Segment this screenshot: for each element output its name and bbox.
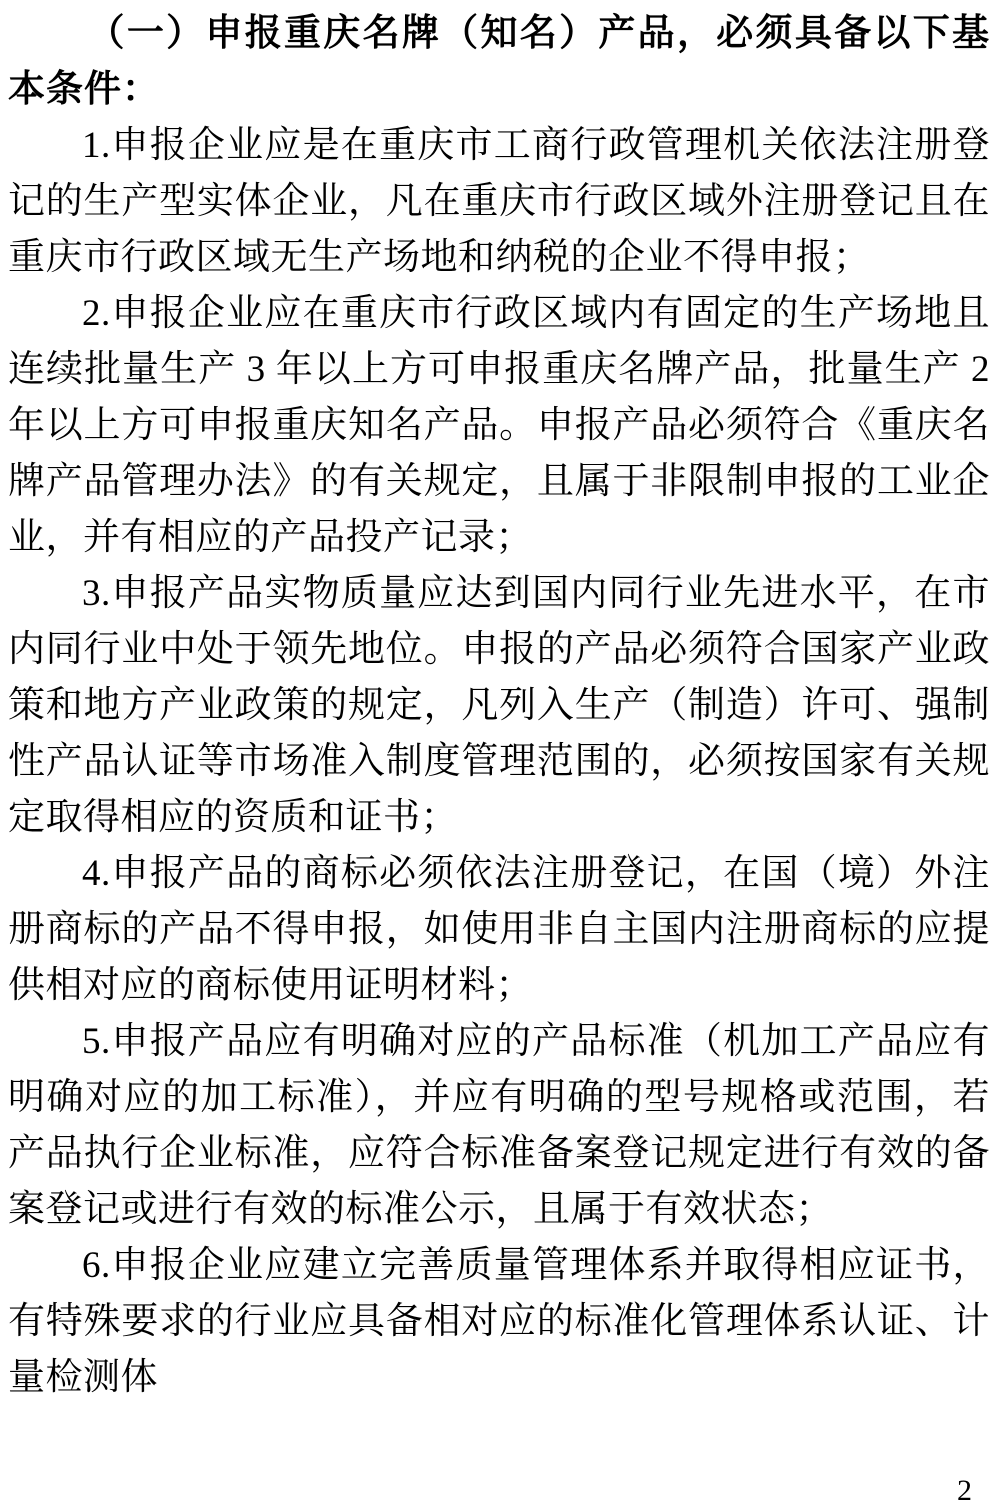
document-page: （一）申报重庆名牌（知名）产品，必须具备以下基本条件： 1.申报企业应是在重庆市… <box>0 0 1000 1512</box>
paragraph-condition-3: 3.申报产品实物质量应达到国内同行业先进水平，在市内同行业中处于领先地位。申报的… <box>8 566 990 846</box>
section-heading: （一）申报重庆名牌（知名）产品，必须具备以下基本条件： <box>8 6 990 118</box>
paragraph-condition-2: 2.申报企业应在重庆市行政区域内有固定的生产场地且连续批量生产 3 年以上方可申… <box>8 286 990 566</box>
paragraph-condition-6: 6.申报企业应建立完善质量管理体系并取得相应证书，有特殊要求的行业应具备相对应的… <box>8 1238 990 1406</box>
paragraph-condition-5: 5.申报产品应有明确对应的产品标准（机加工产品应有明确对应的加工标准），并应有明… <box>8 1014 990 1238</box>
paragraph-condition-4: 4.申报产品的商标必须依法注册登记，在国（境）外注册商标的产品不得申报，如使用非… <box>8 846 990 1014</box>
document-body: （一）申报重庆名牌（知名）产品，必须具备以下基本条件： 1.申报企业应是在重庆市… <box>8 6 990 1406</box>
paragraph-condition-1: 1.申报企业应是在重庆市工商行政管理机关依法注册登记的生产型实体企业，凡在重庆市… <box>8 118 990 286</box>
page-number: 2 <box>957 1476 972 1506</box>
